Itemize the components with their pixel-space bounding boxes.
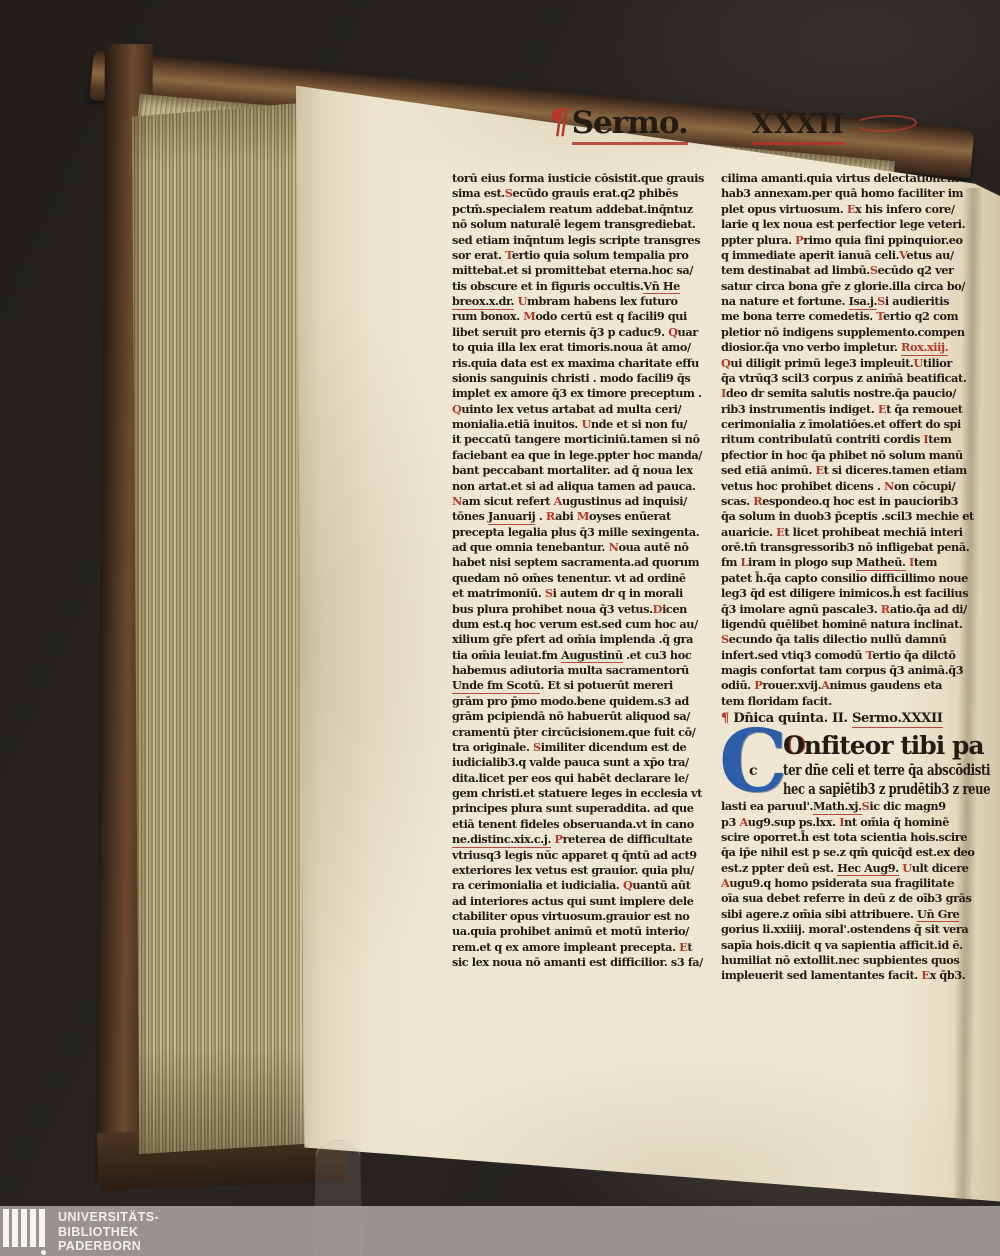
text-line: habemus adiutoria multa sacramentorū <box>452 663 712 678</box>
text-line: libet seruit pro eternis q̄3 p caduc9. Q… <box>452 325 712 340</box>
text-line: vetus hoc prohibet dicens . Non cōcupi/ <box>721 479 990 494</box>
text-line: bant peccabant mortaliter. ad q̄ noua le… <box>452 463 712 478</box>
text-line: iudicialib3.q valde pauca sunt a xp̄o tr… <box>452 755 712 770</box>
text-line: satur circa bona gr̄e z glorie.illa circ… <box>721 279 990 294</box>
text-line: p3 Aug9.sup ps.lxx. Int om̄ia q̄ hominē <box>721 815 990 830</box>
text-line: non artat.et si ad aliqua tamen ad pauca… <box>452 479 712 494</box>
incipit-line: Onfiteor tibi pa <box>783 731 990 761</box>
text-line: pctm̄.specialem reatum addebat.inq̄ntuz <box>452 202 712 217</box>
text-line: rem.et q ex amore impleant precepta. Et <box>452 940 712 955</box>
text-line: tōnes Januarij . Rabi Moyses enūerat <box>452 509 712 524</box>
text-line: torū eius forma iusticie cōsistit.que gr… <box>452 171 712 186</box>
text-line: faciebant ea que in lege.ppter hoc manda… <box>452 448 712 463</box>
text-line: xilium gr̄e pfert ad om̄ia implenda .q̄ … <box>452 632 712 647</box>
text-line: Quinto lex vetus artabat ad multa ceri/ <box>452 402 712 417</box>
text-line: orē.tn̄ transgressorib3 nō infligebat pe… <box>721 540 990 555</box>
left-column: torū eius forma iusticie cōsistit.que gr… <box>452 171 712 971</box>
text-line: gem christi.et statuere leges in ecclesi… <box>452 786 712 801</box>
illuminated-initial: C c <box>719 731 779 809</box>
logo-bar <box>3 1209 9 1247</box>
text-line: Unde fm Scotū. Et si potuerūt mereri <box>452 678 712 693</box>
guide-letter: c <box>749 763 758 779</box>
text-line: tra originale. Similiter dicendum est de <box>452 740 712 755</box>
text-line: diosior.q̄a vno verbo impletur. Rox.xiij… <box>721 340 990 355</box>
text-line: ctabiliter opus virtuosum.grauior est no <box>452 909 712 924</box>
text-line: vtriusq3 legis nūc apparet q q̄ntū ad ac… <box>452 848 712 863</box>
text-line: tis obscure et in figuris occultis.Vn̄ H… <box>452 279 712 294</box>
text-line: leg3 q̄d est diligere inimicos.h̄ est fa… <box>721 586 990 601</box>
text-line: ris.quia data est ex maxima charitate ef… <box>452 356 712 371</box>
text-line: precepta legalia plus q̄3 mille sexingen… <box>452 525 712 540</box>
text-line: fm Liram in plogo sup Matheū. Item <box>721 555 990 570</box>
text-line: rib3 instrumentis indiget. Et q̄a remoue… <box>721 402 990 417</box>
running-head-number: XXXII <box>752 109 845 145</box>
text-line: cramentū p̄ter circūcisionem.que fuit cō… <box>452 725 712 740</box>
rubric-pilcrow-icon: ¶ <box>545 102 572 142</box>
library-logo-icon <box>3 1209 49 1253</box>
text-line: ra cerimonialia et iudicialia. Quantū aū… <box>452 878 712 893</box>
text-line: auaricie. Et licet prohibeat mechiā inte… <box>721 525 990 540</box>
running-head: ¶ Sermo. XXXII <box>548 102 917 145</box>
text-line: ppter plura. Primo quia fini ppinquior.e… <box>721 233 990 248</box>
text-line: dum est.q hoc verum est.sed cum hoc au/ <box>452 617 712 632</box>
text-line: patet h̄.q̄a capto consilio difficillimo… <box>721 571 990 586</box>
text-line: pfectior in hoc q̄a phibet nō solum manū <box>721 448 990 463</box>
text-line: q̄a solum in duob3 p̄ceptis .scil3 mechi… <box>721 509 990 524</box>
text-line: q̄3 imolare agnū pascale3. Ratio.q̄a ad … <box>721 602 990 617</box>
text-line: principes plura sunt superaddita. ad que <box>452 801 712 816</box>
text-line: sed etiā animū. Et si diceres.tamen etia… <box>721 463 990 478</box>
logo-dot <box>41 1250 46 1255</box>
text-line: scire oporret.h̄ est tota scientia hois.… <box>721 830 990 845</box>
text-line: to quia illa lex erat timoris.noua āt am… <box>452 340 712 355</box>
text-line: ligendū quēlibet hominē natura inclinat. <box>721 617 990 632</box>
incipit-line: hec a sapiētib3 z prudētib3 z reue <box>783 780 947 799</box>
rubric-flourish-icon <box>855 114 918 133</box>
text-line: rum bonox. Modo certū est q facili9 qui <box>452 309 712 324</box>
text-line: grām pro p̄mo modo.bene quidem.s3 ad <box>452 694 712 709</box>
logo-bar <box>30 1209 36 1247</box>
text-line: sic lex noua nō amanti est difficilior. … <box>452 955 712 970</box>
text-line: tem destinabat ad limbū.Secūdo q2 ver <box>721 263 990 278</box>
text-line: plet opus virtuosum. Ex his infero core/ <box>721 202 990 217</box>
text-line: q̄a ip̄e nihil est p se.z qm̄ quicq̄d es… <box>721 845 990 860</box>
text-line: breox.x.dr. Umbram habens lex futuro <box>452 294 712 309</box>
text-line: ad que omnia tenebantur. Noua autē nō <box>452 540 712 555</box>
text-line: sionis sanguinis christi . modo facili9 … <box>452 371 712 386</box>
right-column-bottom-lines: lasti ea paruul'.Math.xj.Sic dic magn9p3… <box>721 799 990 984</box>
text-line: bus plura prohibet noua q̄3 vetus.Dicen <box>452 602 712 617</box>
text-line: pletior nō indigens supplemento.compen <box>721 325 990 340</box>
text-line: mittebat.et si promittebat eterna.hoc sa… <box>452 263 712 278</box>
text-line: ritum contribulatū contriti cordis Item <box>721 432 990 447</box>
text-line: Ideo dr semita salutis nostre.q̄a paucio… <box>721 386 990 401</box>
text-line: tia om̄ia leuiat.fm Augustinū .et cu3 ho… <box>452 648 712 663</box>
text-line: magis confortat tam corpus q̄3 animā.q̄3 <box>721 663 990 678</box>
text-line: tem floridam facit. <box>721 694 990 709</box>
text-line: q̄a vtrūq3 scil3 corpus z anim̄ā beatifi… <box>721 371 990 386</box>
library-name-line: PADERBORN <box>58 1239 159 1254</box>
text-line: cilima amanti.quia virtus delectationem <box>721 171 990 186</box>
incipit-line: ter dn̄e celi et terre q̄a abscōdisti <box>783 761 951 780</box>
logo-bar <box>12 1209 18 1247</box>
text-line: monialia.etiā inuitos. Unde et si non fu… <box>452 417 712 432</box>
text-line: impleuerit sed lamentantes facit. Ex q̄b… <box>721 968 990 983</box>
text-line: sed etiam inq̄ntum legis scripte transgr… <box>452 233 712 248</box>
text-line: et matrimoniū. Si autem dr q in morali <box>452 586 712 601</box>
text-line: est.z ppter deū est. Hec Aug9. Uult dice… <box>721 861 990 876</box>
logo-bar <box>39 1209 45 1247</box>
text-line: infert.sed vtiq3 comodū Tertio q̄a dilct… <box>721 648 990 663</box>
text-line: ad interiores actus qui sunt implere del… <box>452 894 712 909</box>
text-line: Secundo q̄a talis dilectio nullū damnū <box>721 632 990 647</box>
right-column: cilima amanti.quia virtus delectationemh… <box>721 171 990 984</box>
text-line: dita.licet per eos qui habēt declarare l… <box>452 771 712 786</box>
text-line: hab3 annexam.per quā homo faciliter im <box>721 186 990 201</box>
text-line: grām pcipiendā nō habuerūt aliquod sa/ <box>452 709 712 724</box>
photograph-of-incunabulum-page: ¶ Sermo. XXXII torū eius forma iusticie … <box>0 0 1000 1256</box>
right-column-top-lines: cilima amanti.quia virtus delectationemh… <box>721 171 990 709</box>
blue-lombard-initial: C <box>719 719 787 805</box>
text-line: sima est.Secūdo grauis erat.q2 phibēs <box>452 186 712 201</box>
text-line: nō solum naturalē legem transgrediebat. <box>452 217 712 232</box>
text-line: sapīa hois.dicit q va sapientia afficit.… <box>721 938 990 953</box>
text-line: Augu9.q homo psiderata sua fragilitate <box>721 876 990 891</box>
text-line: implet ex amore q̄3 ex timore preceptum … <box>452 386 712 401</box>
text-line: cerimonialia z īmolatiōes.et offert do s… <box>721 417 990 432</box>
text-line: larie q lex noua est perfectior lege vet… <box>721 217 990 232</box>
text-line: habet nisi septem sacramenta.ad quorum <box>452 555 712 570</box>
text-line: exteriores lex vetus est grauior. quia p… <box>452 863 712 878</box>
page-stack-fore-edge <box>132 102 312 1154</box>
text-line: it peccatū tangere morticiniū.tamen si n… <box>452 432 712 447</box>
text-line: scas. Respondeo.q hoc est in pauciorib3 <box>721 494 990 509</box>
text-line: gorius li.xxiiij. moral'.ostendens q̄ si… <box>721 922 990 937</box>
text-line: humiliat nō extollit.nec supbientes quos <box>721 953 990 968</box>
sermon-incipit: C c Onfiteor tibi pater dn̄e celi et ter… <box>721 731 990 799</box>
text-line: quedam nō om̄es tenentur. vt ad ordinē <box>452 571 712 586</box>
text-line: q immediate aperit ianuā celi.Vetus au/ <box>721 248 990 263</box>
text-line: na nature et fortune. Isa.j.Si audieriti… <box>721 294 990 309</box>
library-name-line: BIBLIOTHEK <box>58 1225 159 1240</box>
library-name: UNIVERSITÄTS- BIBLIOTHEK PADERBORN <box>58 1210 159 1254</box>
text-line: etiā tenent fideles obseruanda.vt in can… <box>452 817 712 832</box>
text-line: Nam sicut refert Augustinus ad inquisi/ <box>452 494 712 509</box>
text-line: sibi agere.z om̄ia sibi attribuere. Un̄ … <box>721 907 990 922</box>
text-line: oīa sua debet referre in deū z de oīb3 g… <box>721 891 990 906</box>
watermark-banner: UNIVERSITÄTS- BIBLIOTHEK PADERBORN <box>0 1206 1000 1256</box>
text-line: Qui diligit primū lege3 impleuit.Utilior <box>721 356 990 371</box>
text-line: me bona terre comedetis. Tertio q2 com <box>721 309 990 324</box>
text-line: ne.distinc.xix.c.j. Preterea de difficul… <box>452 832 712 847</box>
library-name-line: UNIVERSITÄTS- <box>58 1210 159 1225</box>
text-line: odiū. Prouer.xvij.Animus gaudens eta <box>721 678 990 693</box>
logo-bar <box>21 1209 27 1247</box>
text-line: ua.quia prohibet animū et motū interio/ <box>452 924 712 939</box>
running-head-title: Sermo. <box>572 105 688 145</box>
text-line: sor erat. Tertio quia solum tempalia pro <box>452 248 712 263</box>
